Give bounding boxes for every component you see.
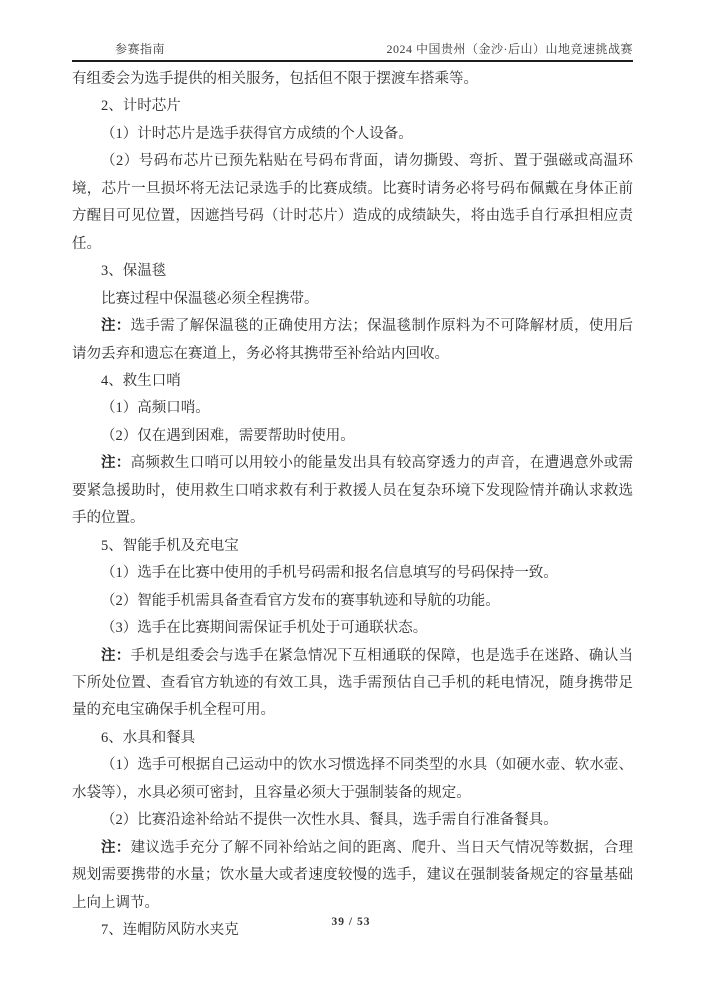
paragraph-heading: 3、保温毯 [72, 258, 633, 285]
paragraph-item: （2）号码布芯片已预先粘贴在号码布背面，请勿撕毁、弯折、置于强磁或高温环境，芯片… [72, 148, 633, 258]
document-page: 参赛指南 2024 中国贵州（金沙·后山）山地竞速挑战赛 有组委会为选手提供的相… [0, 0, 702, 993]
paragraph-heading: 5、智能手机及充电宝 [72, 533, 633, 560]
paragraph-item: （1）选手在比赛中使用的手机号码需和报名信息填写的号码保持一致。 [72, 560, 633, 587]
page-number: 39 / 53 [0, 916, 702, 928]
paragraph-item: （3）选手在比赛期间需保证手机处于可通联状态。 [72, 615, 633, 642]
paragraph-item: （2）比赛沿途补给站不提供一次性水具、餐具，选手需自行准备餐具。 [72, 807, 633, 834]
paragraph-heading: 2、计时芯片 [72, 93, 633, 120]
paragraph-item: （1）高频口哨。 [72, 395, 633, 422]
note-label: 注： [101, 840, 131, 856]
header-event-title: 2024 中国贵州（金沙·后山）山地竞速挑战赛 [387, 40, 634, 57]
paragraph-heading: 6、水具和餐具 [72, 725, 633, 752]
note-label: 注： [101, 648, 131, 664]
paragraph-item: 比赛过程中保温毯必须全程携带。 [72, 286, 633, 313]
document-body: 有组委会为选手提供的相关服务，包括但不限于摆渡车搭乘等。2、计时芯片（1）计时芯… [72, 66, 633, 945]
paragraph-note: 注：高频救生口哨可以用较小的能量发出具有较高穿透力的声音，在遭遇意外或需要紧急援… [72, 450, 633, 532]
paragraph-heading: 4、救生口哨 [72, 368, 633, 395]
header-rule [72, 60, 633, 62]
header-doc-title: 参赛指南 [72, 40, 165, 57]
paragraph-note: 注：手机是组委会与选手在紧急情况下互相通联的保障，也是选手在迷路、确认当下所处位… [72, 643, 633, 725]
paragraph-item: （1）选手可根据自己运动中的饮水习惯选择不同类型的水具（如硬水壶、软水壶、水袋等… [72, 752, 633, 807]
page-header: 参赛指南 2024 中国贵州（金沙·后山）山地竞速挑战赛 [72, 40, 633, 57]
note-label: 注： [101, 318, 131, 334]
paragraph-item: （2）智能手机需具备查看官方发布的赛事轨迹和导航的功能。 [72, 588, 633, 615]
note-label: 注： [101, 455, 131, 471]
paragraph-note: 注：建议选手充分了解不同补给站之间的距离、爬升、当日天气情况等数据，合理规划需要… [72, 835, 633, 917]
paragraph-item: （1）计时芯片是选手获得官方成绩的个人设备。 [72, 121, 633, 148]
paragraph-item: （2）仅在遇到困难，需要帮助时使用。 [72, 423, 633, 450]
paragraph-continuation: 有组委会为选手提供的相关服务，包括但不限于摆渡车搭乘等。 [72, 66, 633, 93]
paragraph-note: 注：选手需了解保温毯的正确使用方法；保温毯制作原料为不可降解材质，使用后请勿丢弃… [72, 313, 633, 368]
